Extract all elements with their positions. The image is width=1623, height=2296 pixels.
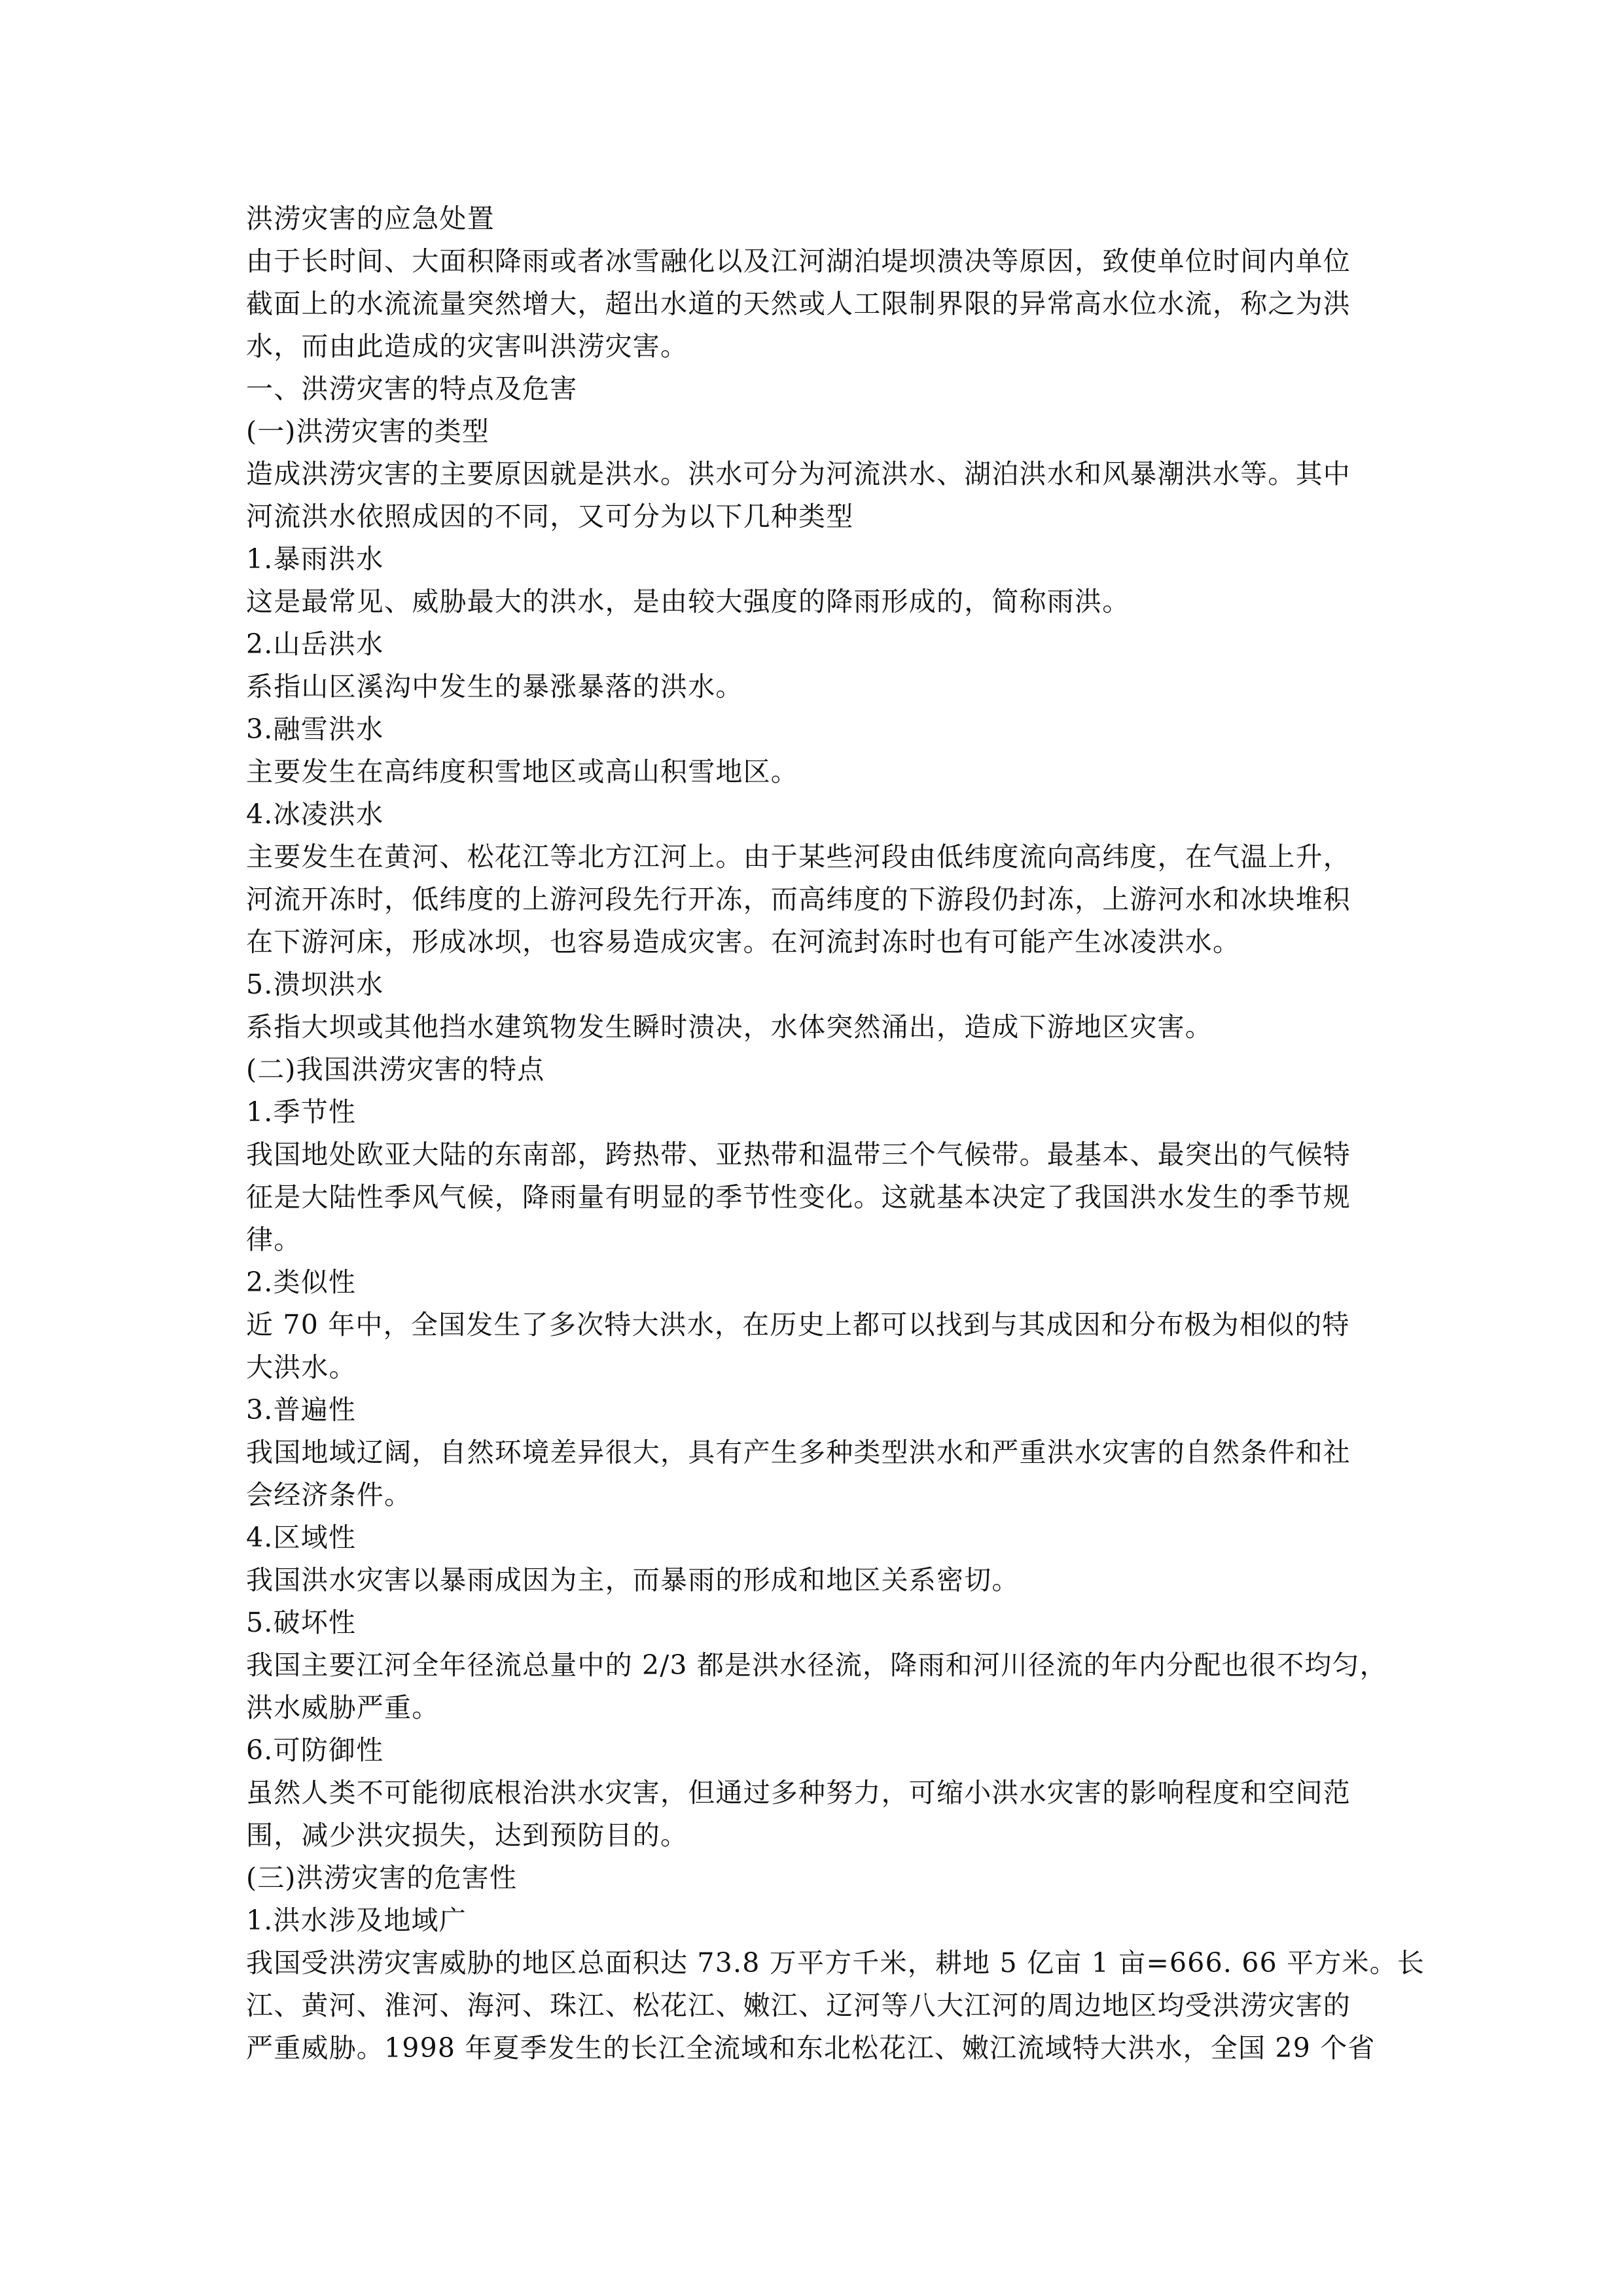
intro-paragraph-line: 截面上的水流流量突然增大，超出水道的天然或人工限制界限的异常高水位水流，称之为洪 <box>246 283 1378 325</box>
paragraph-line: 河流开冻时，低纬度的上游河段先行开冻，而高纬度的下游段仍封冻，上游河水和冰块堆积 <box>246 878 1378 921</box>
paragraph-line: 系指山区溪沟中发生的暴涨暴落的洪水。 <box>246 666 1378 708</box>
document-title: 洪涝灾害的应急处置 <box>246 198 1378 240</box>
paragraph-line: 我国地处欧亚大陆的东南部，跨热带、亚热带和温带三个气候带。最基本、最突出的气候特 <box>246 1134 1378 1176</box>
item-heading-snowmelt-flood: 3.融雪洪水 <box>246 708 1378 751</box>
item-heading-seasonality: 1.季节性 <box>246 1091 1378 1134</box>
paragraph-line: 我国地域辽阔，自然环境差异很大，具有产生多种类型洪水和严重洪水灾害的自然条件和社 <box>246 1431 1378 1474</box>
paragraph-line: 我国洪水灾害以暴雨成因为主，而暴雨的形成和地区关系密切。 <box>246 1559 1378 1602</box>
paragraph-line: 大洪水。 <box>246 1346 1378 1389</box>
paragraph-line: 这是最常见、威胁最大的洪水，是由较大强度的降雨形成的，简称雨洪。 <box>246 581 1378 623</box>
paragraph-line: 我国主要江河全年径流总量中的 2/3 都是洪水径流，降雨和河川径流的年内分配也很… <box>246 1644 1378 1687</box>
item-heading-regionality: 4.区域性 <box>246 1516 1378 1559</box>
subsection-heading-characteristics: (二)我国洪涝灾害的特点 <box>246 1049 1378 1091</box>
item-heading-similarity: 2.类似性 <box>246 1261 1378 1304</box>
paragraph-line: 江、黄河、淮河、海河、珠江、松花江、嫩江、辽河等八大江河的周边地区均受洪涝灾害的 <box>246 1984 1378 2027</box>
item-heading-universality: 3.普遍性 <box>246 1389 1378 1431</box>
paragraph-line: 征是大陆性季风气候，降雨量有明显的季节性变化。这就基本决定了我国洪水发生的季节规 <box>246 1176 1378 1219</box>
paragraph-line: 会经济条件。 <box>246 1474 1378 1516</box>
paragraph-line: 在下游河床，形成冰坝，也容易造成灾害。在河流封冻时也有可能产生冰凌洪水。 <box>246 921 1378 963</box>
section-heading-1: 一、洪涝灾害的特点及危害 <box>246 368 1378 410</box>
paragraph-line: 围，减少洪灾损失，达到预防目的。 <box>246 1814 1378 1857</box>
paragraph-line: 洪水威胁严重。 <box>246 1687 1378 1729</box>
paragraph-line: 主要发生在黄河、松花江等北方江河上。由于某些河段由低纬度流向高纬度，在气温上升， <box>246 836 1378 878</box>
paragraph-line: 主要发生在高纬度积雪地区或高山积雪地区。 <box>246 751 1378 793</box>
item-heading-rainstorm-flood: 1.暴雨洪水 <box>246 538 1378 581</box>
intro-paragraph-line: 由于长时间、大面积降雨或者冰雪融化以及江河湖泊堤坝溃决等原因，致使单位时间内单位 <box>246 240 1378 283</box>
item-heading-dam-break-flood: 5.溃坝洪水 <box>246 963 1378 1006</box>
paragraph-line: 我国受洪涝灾害威胁的地区总面积达 73.8 万平方千米，耕地 5 亿亩 1 亩=… <box>246 1942 1378 1984</box>
item-heading-destructiveness: 5.破坏性 <box>246 1602 1378 1644</box>
paragraph-line: 河流洪水依照成因的不同，又可分为以下几种类型 <box>246 495 1378 538</box>
subsection-heading-types: (一)洪涝灾害的类型 <box>246 410 1378 453</box>
paragraph-line: 虽然人类不可能彻底根治洪水灾害，但通过多种努力，可缩小洪水灾害的影响程度和空间范 <box>246 1772 1378 1814</box>
item-heading-wide-area: 1.洪水涉及地域广 <box>246 1899 1378 1942</box>
subsection-heading-hazards: (三)洪涝灾害的危害性 <box>246 1857 1378 1899</box>
item-heading-ice-flood: 4.冰凌洪水 <box>246 793 1378 836</box>
item-heading-mountain-flood: 2.山岳洪水 <box>246 623 1378 666</box>
paragraph-line: 系指大坝或其他挡水建筑物发生瞬时溃决，水体突然涌出，造成下游地区灾害。 <box>246 1006 1378 1049</box>
paragraph-line: 近 70 年中，全国发生了多次特大洪水，在历史上都可以找到与其成因和分布极为相似… <box>246 1304 1378 1346</box>
paragraph-line: 造成洪涝灾害的主要原因就是洪水。洪水可分为河流洪水、湖泊洪水和风暴潮洪水等。其中 <box>246 453 1378 495</box>
item-heading-preventability: 6.可防御性 <box>246 1729 1378 1772</box>
paragraph-line: 严重威胁。1998 年夏季发生的长江全流域和东北松花江、嫩江流域特大洪水，全国 … <box>246 2027 1378 2070</box>
intro-paragraph-line: 水，而由此造成的灾害叫洪涝灾害。 <box>246 325 1378 368</box>
paragraph-line: 律。 <box>246 1219 1378 1261</box>
document-page: 洪涝灾害的应急处置 由于长时间、大面积降雨或者冰雪融化以及江河湖泊堤坝溃决等原因… <box>246 198 1378 2070</box>
